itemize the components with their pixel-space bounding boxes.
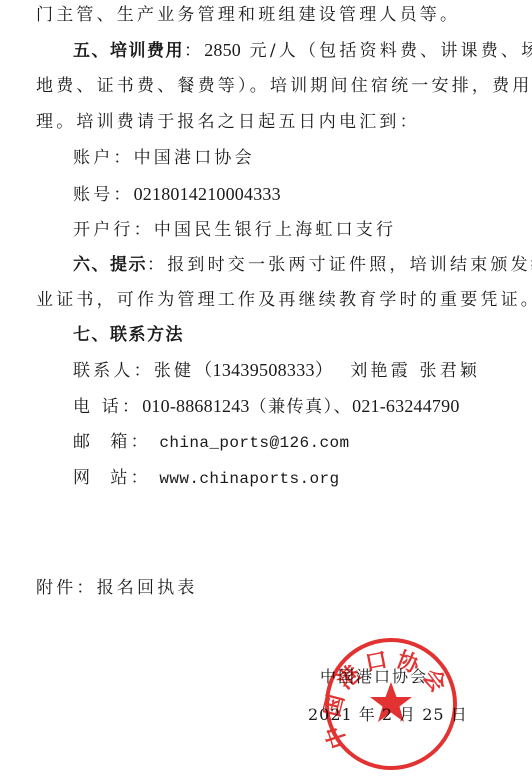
fee-details: 元/人（包括资料费、讲课费、场 xyxy=(241,41,532,61)
phone-label: 电 话： xyxy=(73,397,142,417)
heading-text: 七、联系方法 xyxy=(73,325,184,345)
phone-number-2: 021-63244790 xyxy=(352,396,459,416)
attachment-label: 附件： xyxy=(36,578,97,598)
signature-org: 中国港口协会 xyxy=(320,666,428,688)
colon: ： xyxy=(184,41,204,61)
section-6-heading: 六、提示 xyxy=(73,255,147,275)
phone-number-1: 010-88681243 xyxy=(142,396,249,416)
contact-person-1: 张健 xyxy=(154,361,194,381)
section-7-heading: 七、联系方法 xyxy=(73,324,184,346)
bank-branch-value: 中国民生银行上海虹口支行 xyxy=(154,220,396,240)
bank-branch-label: 开户行： xyxy=(73,220,154,240)
text: 业证书，可作为管理工作及再继续教育学时的重要凭证。 xyxy=(36,290,532,310)
bank-branch: 开户行：中国民生银行上海虹口支行 xyxy=(73,219,396,241)
tip-text-line-2: 业证书，可作为管理工作及再继续教育学时的重要凭证。 xyxy=(36,289,532,311)
account-name-value: 中国港口协会 xyxy=(134,148,255,168)
attachment-name: 报名回执表 xyxy=(97,578,198,598)
contact-person-1-phone: （13439508333） xyxy=(194,360,333,380)
contact-phone: 电 话：010-88681243（兼传真）、021-63244790 xyxy=(73,395,460,418)
section-5-fees: 五、培训费用：2850 元/人（包括资料费、讲课费、场 xyxy=(73,39,532,62)
website-label: 网 站： xyxy=(73,468,151,488)
account-number-label: 账号： xyxy=(73,185,134,205)
bank-account-number: 账号：0218014210004333 xyxy=(73,183,281,206)
bank-account-name: 账户：中国港口协会 xyxy=(73,147,255,169)
phone-note: （兼传真）、 xyxy=(250,397,353,417)
fee-amount: 2850 xyxy=(204,40,241,60)
section-6-tips: 六、提示：报到时交一张两寸证件照，培训结束颁发结 xyxy=(73,254,532,276)
text: 理。培训费请于报名之日起五日内电汇到： xyxy=(36,112,420,132)
email-label: 邮 箱： xyxy=(73,432,151,452)
signature-date: 2021 年 2 月 25 日 xyxy=(308,704,468,726)
seal-text: 中国港口协会 xyxy=(323,647,455,752)
contact-persons: 联系人：张健（13439508333） 刘艳霞 张君颖 xyxy=(73,359,480,382)
contact-persons-others: 刘艳霞 张君颖 xyxy=(333,361,480,381)
account-name-label: 账户： xyxy=(73,148,134,168)
website-link[interactable]: www.chinaports.org xyxy=(159,470,339,488)
text: 地费、证书费、餐费等）。培训期间住宿统一安排，费用自 xyxy=(36,76,532,96)
contact-website: 网 站： www.chinaports.org xyxy=(73,467,339,490)
text-line-management-staff: 门主管、生产业务管理和班组建设管理人员等。 xyxy=(36,4,460,26)
fee-details-line-3: 理。培训费请于报名之日起五日内电汇到： xyxy=(36,111,420,133)
colon: ： xyxy=(147,255,167,275)
section-5-heading: 五、培训费用 xyxy=(73,41,184,61)
contact-email: 邮 箱： china_ports@126.com xyxy=(73,431,349,454)
tip-text: 报到时交一张两寸证件照，培训结束颁发结 xyxy=(167,255,532,275)
account-number-value: 0218014210004333 xyxy=(134,184,281,204)
attachment: 附件：报名回执表 xyxy=(36,577,198,599)
fee-details-line-2: 地费、证书费、餐费等）。培训期间住宿统一安排，费用自 xyxy=(36,75,532,97)
text: 门主管、生产业务管理和班组建设管理人员等。 xyxy=(36,5,460,25)
contact-person-label: 联系人： xyxy=(73,361,154,381)
email-address[interactable]: china_ports@126.com xyxy=(159,434,349,452)
